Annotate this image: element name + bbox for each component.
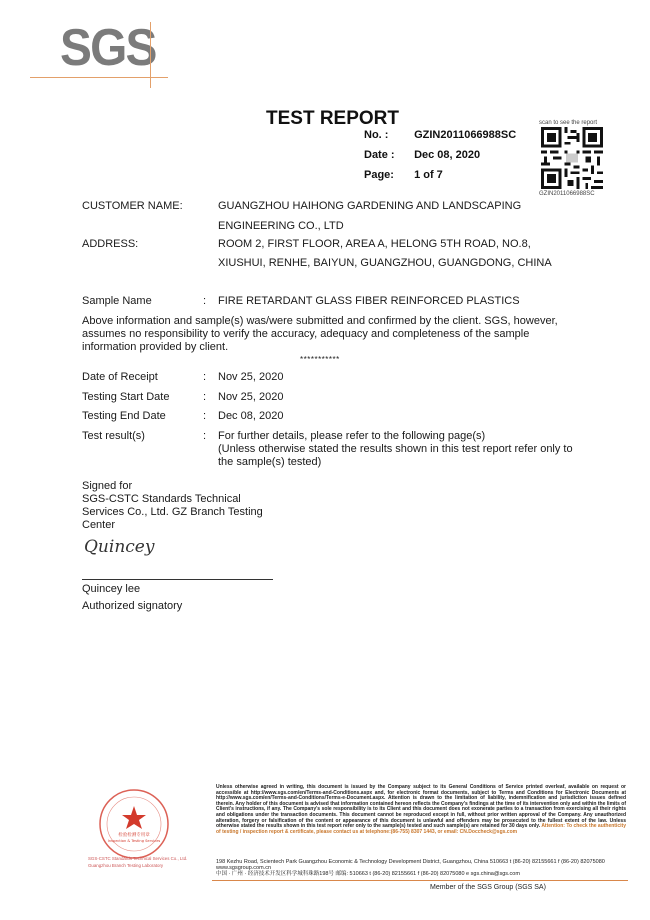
signing-org-line1: SGS-CSTC Standards Technical xyxy=(82,493,282,506)
customer-name-line2: ENGINEERING CO., LTD xyxy=(218,219,344,233)
sample-name-label: Sample Name xyxy=(82,294,152,308)
testing-end-value: Dec 08, 2020 xyxy=(218,409,283,423)
signing-org-line2: Services Co., Ltd. GZ Branch Testing xyxy=(82,506,282,519)
report-date: Date : Dec 08, 2020 xyxy=(364,149,480,161)
footer-divider xyxy=(212,880,628,881)
signature-line xyxy=(82,579,273,580)
sgs-member-note: Member of the SGS Group (SGS SA) xyxy=(430,884,546,891)
signed-for-label: Signed for xyxy=(82,480,282,493)
customer-name-line1: GUANGZHOU HAIHONG GARDENING AND LANDSCAP… xyxy=(218,199,521,213)
svg-text:SGS-CSTC Standards Technical S: SGS-CSTC Standards Technical Services Co… xyxy=(88,856,187,861)
test-result-line2: (Unless otherwise stated the results sho… xyxy=(218,442,573,456)
date-colon: : xyxy=(203,370,206,384)
svg-text:Inspection & Testing Services: Inspection & Testing Services xyxy=(108,839,161,843)
logo-accent-line xyxy=(30,77,168,78)
report-number-label: No. : xyxy=(364,129,411,141)
official-seal-icon: 检验检测专用章 Inspection & Testing Services SG… xyxy=(88,786,200,870)
result-colon: : xyxy=(203,429,206,443)
report-title: TEST REPORT xyxy=(266,108,399,130)
date-colon: : xyxy=(203,390,206,404)
test-result-label: Test result(s) xyxy=(82,429,145,443)
signatory-name: Quincey lee xyxy=(82,582,140,596)
sgs-logo: SGS xyxy=(60,22,156,74)
svg-text:检验检测专用章: 检验检测专用章 xyxy=(118,831,150,838)
qr-caption: scan to see the report xyxy=(539,120,597,126)
svg-text:Guangzhou Branch Testing Labor: Guangzhou Branch Testing Laboratory xyxy=(88,863,164,868)
address-line1: ROOM 2, FIRST FLOOR, AREA A, HELONG 5TH … xyxy=(218,237,531,251)
handwritten-signature: Quincey xyxy=(84,537,154,557)
report-number-value: GZIN2011066988SC xyxy=(414,129,516,141)
sample-name-colon: : xyxy=(203,294,206,308)
section-separator: *********** xyxy=(300,355,340,364)
report-date-value: Dec 08, 2020 xyxy=(414,149,480,161)
address-line2: XIUSHUI, RENHE, BAIYUN, GUANGZHOU, GUANG… xyxy=(218,256,552,270)
qr-id: GZIN2011066988SC xyxy=(539,191,595,197)
signing-org-line3: Center xyxy=(82,519,282,532)
qr-code-icon[interactable] xyxy=(541,127,603,189)
signatory-role: Authorized signatory xyxy=(82,599,182,613)
testing-end-label: Testing End Date xyxy=(82,409,166,423)
report-page-value: 1 of 7 xyxy=(414,169,443,181)
report-page-label: Page: xyxy=(364,169,411,181)
address-label: ADDRESS: xyxy=(82,237,138,251)
sample-disclaimer: Above information and sample(s) was/were… xyxy=(82,315,582,354)
test-result-line3: the sample(s) tested) xyxy=(218,455,321,469)
report-date-label: Date : xyxy=(364,149,411,161)
logo-accent-line xyxy=(150,22,151,88)
footer-address-cn: 中国 · 广州 · 经济技术开发区科学城科珠路198号 邮编: 510663 t… xyxy=(216,869,520,877)
date-of-receipt-value: Nov 25, 2020 xyxy=(218,370,283,384)
date-colon: : xyxy=(203,409,206,423)
test-result-line1: For further details, please refer to the… xyxy=(218,429,485,443)
testing-start-value: Nov 25, 2020 xyxy=(218,390,283,404)
testing-start-label: Testing Start Date xyxy=(82,390,169,404)
report-number: No. : GZIN2011066988SC xyxy=(364,129,516,141)
customer-name-label: CUSTOMER NAME: xyxy=(82,199,183,213)
terms-fine-print: Unless otherwise agreed in writing, this… xyxy=(216,785,626,835)
signed-for-block: Signed for SGS-CSTC Standards Technical … xyxy=(82,480,282,532)
date-of-receipt-label: Date of Receipt xyxy=(82,370,158,384)
sample-name-value: FIRE RETARDANT GLASS FIBER REINFORCED PL… xyxy=(218,294,520,308)
report-page: Page: 1 of 7 xyxy=(364,169,443,181)
